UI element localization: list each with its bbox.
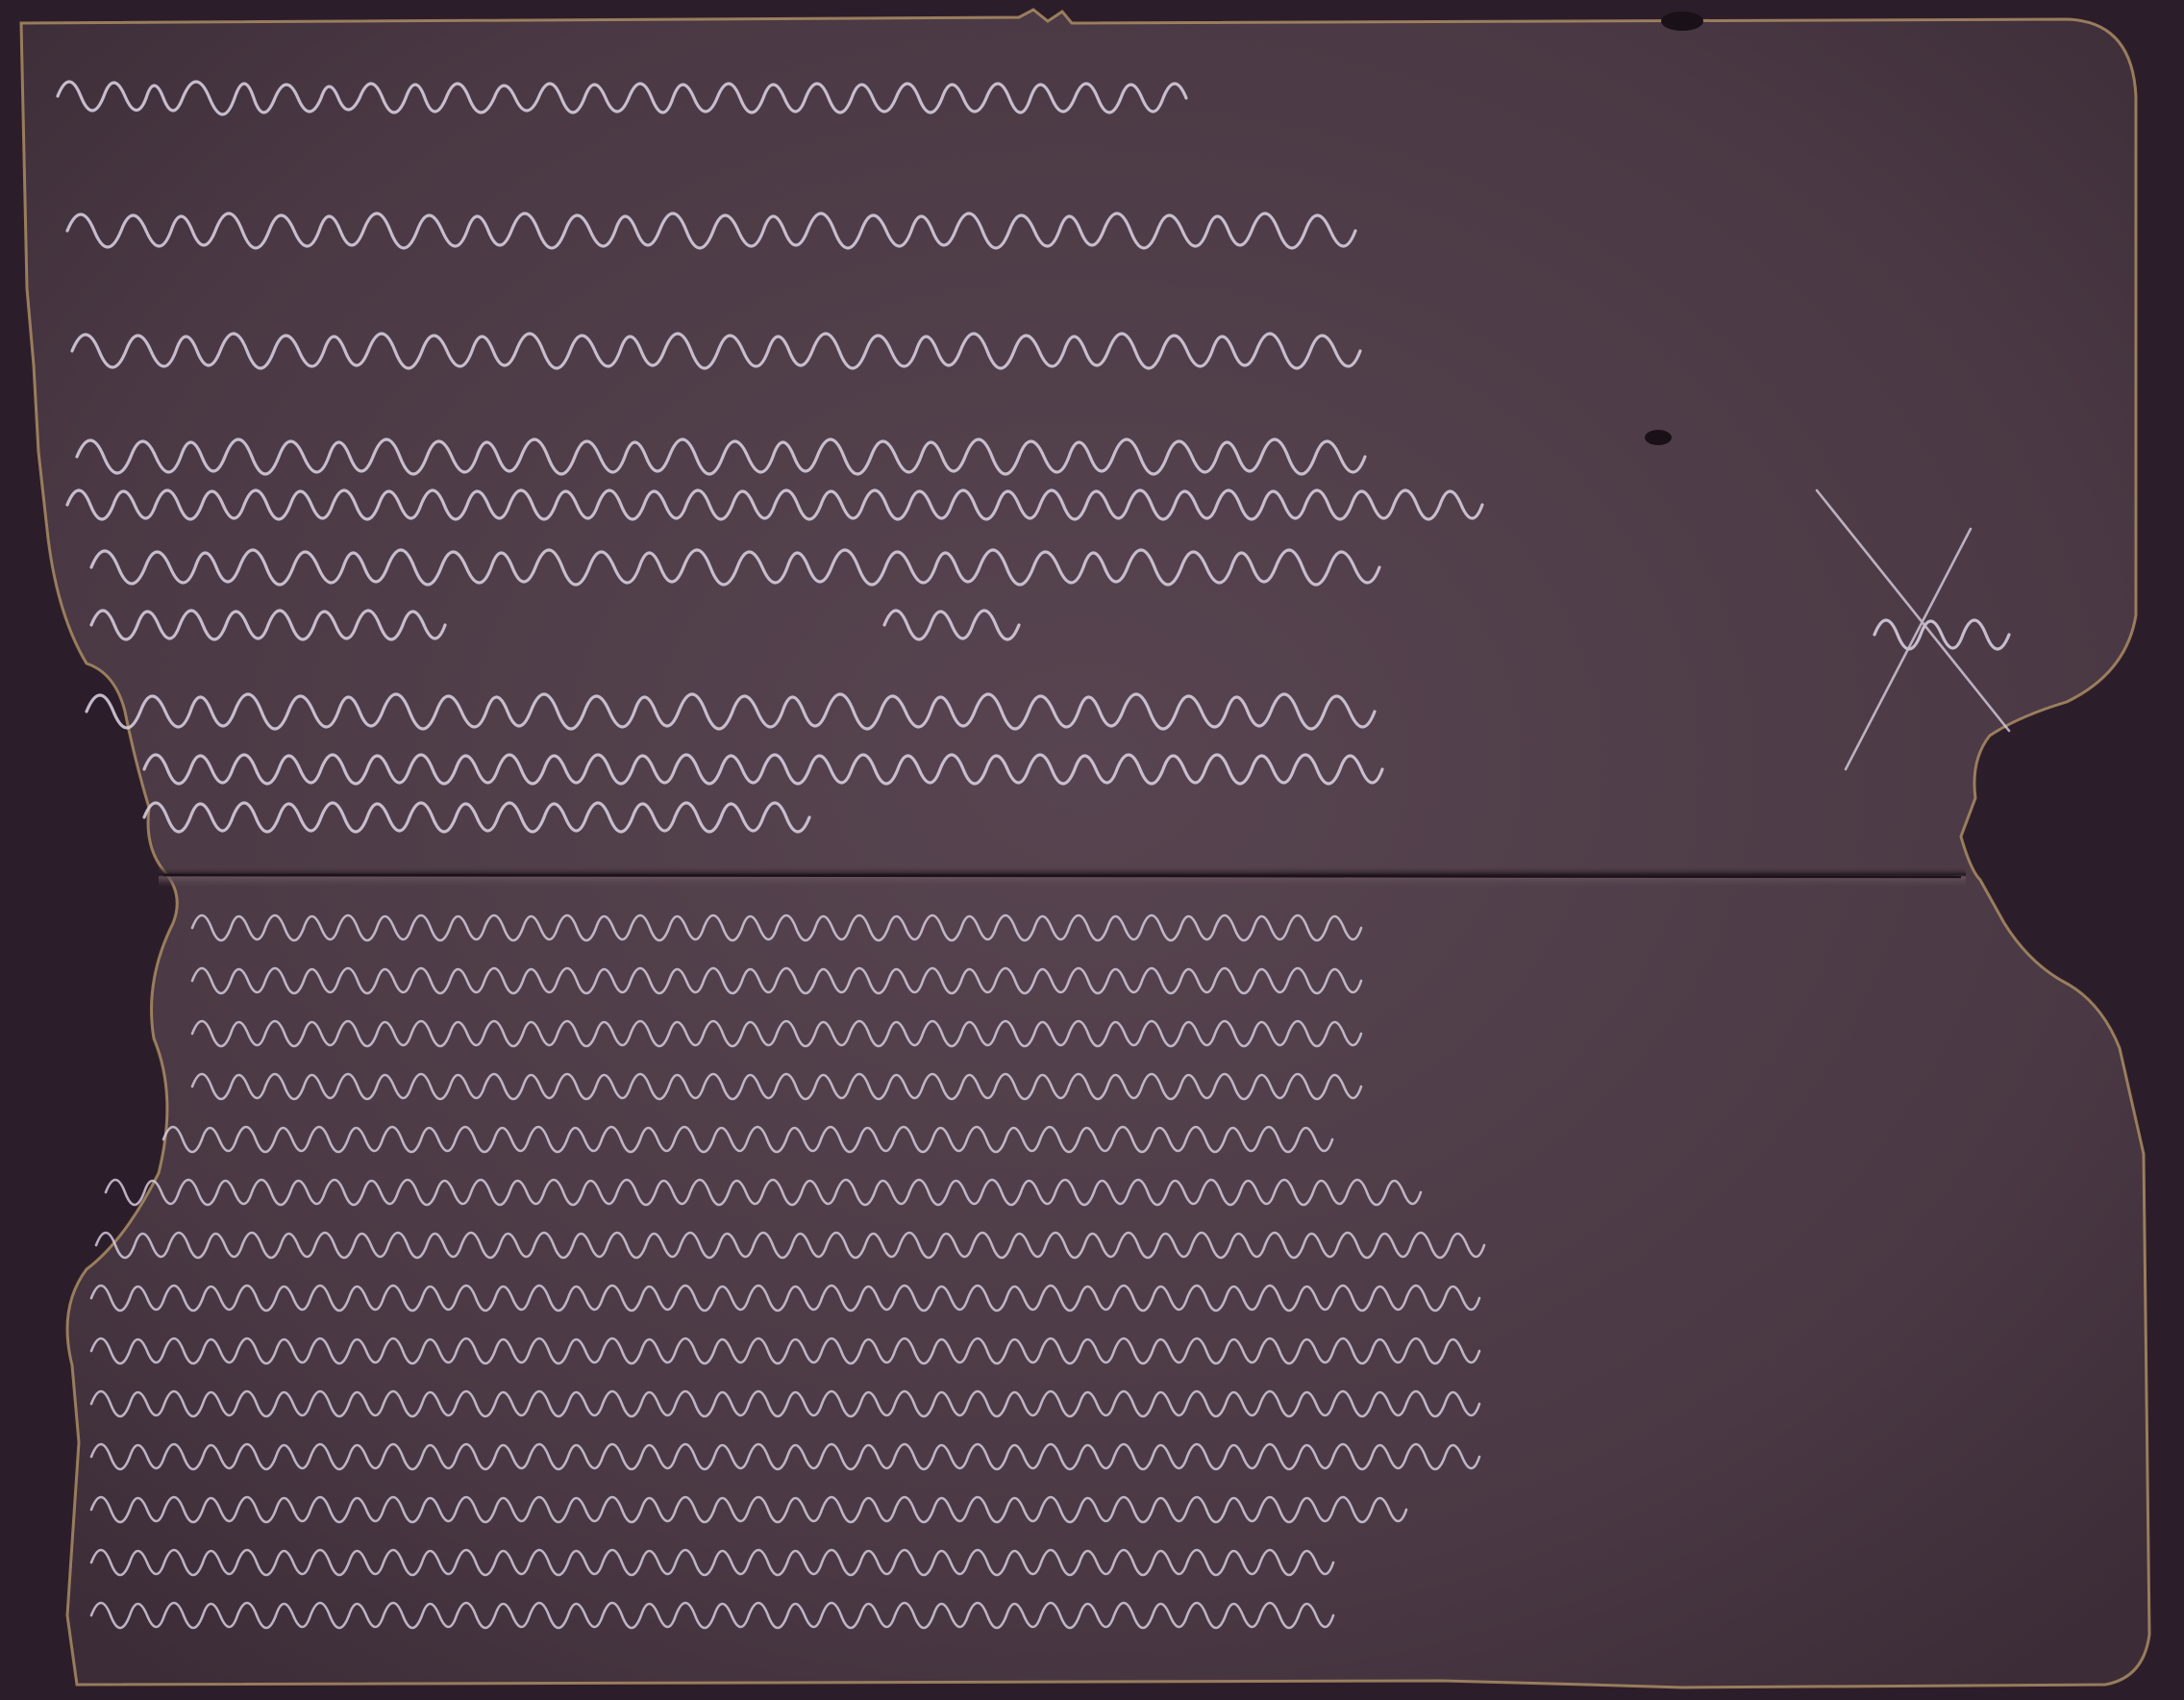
manuscript-svg <box>0 0 2184 1700</box>
top-notch <box>1661 12 1703 31</box>
paper-grain-texture <box>21 19 2149 1685</box>
manuscript-photo: Black parabaik manuscript folio with whi… <box>0 0 2184 1700</box>
page-hole <box>1645 430 1672 445</box>
